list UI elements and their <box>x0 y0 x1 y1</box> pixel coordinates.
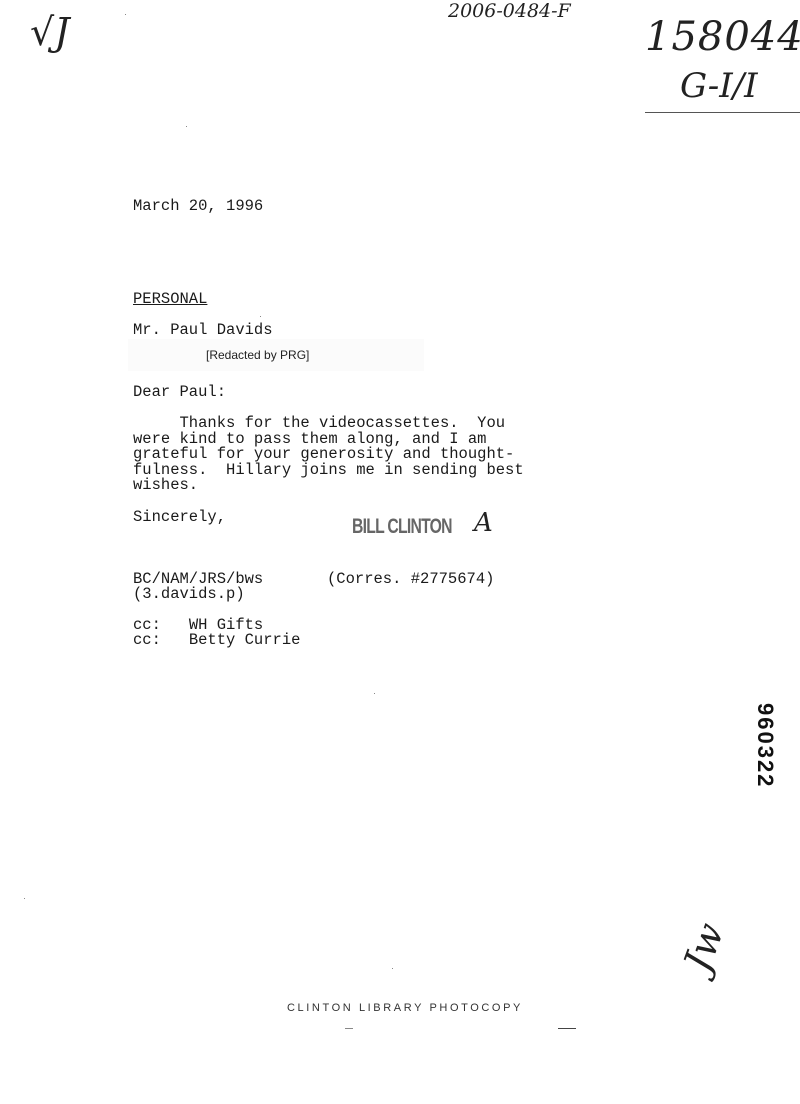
handwritten-initials-bottom-right: Jw <box>675 917 733 977</box>
footer-rule <box>558 1028 576 1029</box>
file-name: (3.davids.p) <box>133 587 245 603</box>
personal-marking: PERSONAL <box>133 292 207 308</box>
scan-speck <box>392 968 393 969</box>
signature-stamp: BILL CLINTON <box>352 515 452 539</box>
letter-date: March 20, 1996 <box>133 199 263 215</box>
redaction-notice: [Redacted by PRG] <box>206 348 309 362</box>
signature-autopen-mark: A <box>474 508 493 538</box>
scan-speck <box>24 898 25 899</box>
letter-body: Thanks for the videocassettes. You were … <box>133 416 524 494</box>
side-date-stamp: 960322 <box>752 703 778 788</box>
handwritten-initials: G-I/I <box>680 66 758 106</box>
closing: Sincerely, <box>133 510 226 526</box>
cc-name: Betty Currie <box>189 631 301 649</box>
scan-speck <box>345 1028 353 1029</box>
scan-speck <box>186 126 187 127</box>
library-photocopy-footer: CLINTON LIBRARY PHOTOCOPY <box>287 1002 523 1014</box>
cc-label: cc: <box>133 631 161 649</box>
scan-speck <box>374 693 375 694</box>
salutation: Dear Paul: <box>133 385 226 401</box>
cc-line: cc: Betty Currie <box>133 633 300 649</box>
handwritten-case-number: 2006-0484-F <box>448 0 571 22</box>
scan-speck <box>125 14 126 15</box>
handwritten-record-number: 158044 <box>645 14 800 60</box>
recipient-name: Mr. Paul Davids <box>133 323 273 339</box>
correspondence-number: (Corres. #2775674) <box>327 572 494 588</box>
handwritten-underline <box>645 112 800 113</box>
handwritten-mark-top-left: √J <box>30 10 69 54</box>
scan-speck <box>260 316 261 317</box>
